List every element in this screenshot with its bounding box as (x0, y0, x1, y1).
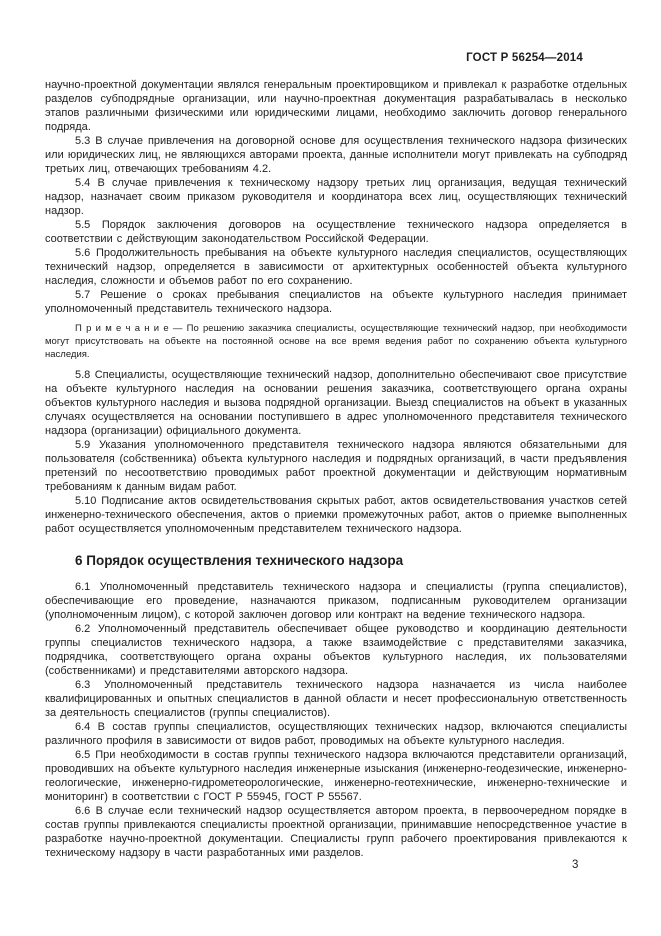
running-header-standard-ref: ГОСТ Р 56254—2014 (45, 52, 627, 64)
document-body: научно-проектной документации являлся ге… (45, 78, 627, 860)
clause-6-6: 6.6 В случае если технический надзор осу… (45, 804, 627, 860)
section-6-heading: 6 Порядок осуществления технического над… (45, 553, 627, 568)
clause-6-2: 6.2 Уполномоченный представитель обеспеч… (45, 622, 627, 678)
clause-5-4: 5.4 В случае привлечения к техническому … (45, 176, 627, 218)
clause-6-1: 6.1 Уполномоченный представитель техниче… (45, 580, 627, 622)
clause-6-4: 6.4 В состав группы специалистов, осущес… (45, 720, 627, 748)
page-number: 3 (572, 859, 578, 872)
clause-5-10: 5.10 Подписание актов освидетельствовани… (45, 494, 627, 536)
clause-5-6: 5.6 Продолжительность пребывания на объе… (45, 246, 627, 288)
clause-5-3: 5.3 В случае привлечения на договорной о… (45, 134, 627, 176)
clause-5-7: 5.7 Решение о сроках пребывания специали… (45, 288, 627, 316)
note-paragraph: П р и м е ч а н и е — По решению заказчи… (45, 322, 627, 361)
clause-5-8: 5.8 Специалисты, осуществляющие техничес… (45, 368, 627, 438)
paragraph-continuation: научно-проектной документации являлся ге… (45, 78, 627, 134)
clause-6-5: 6.5 При необходимости в состав группы те… (45, 748, 627, 804)
clause-5-5: 5.5 Порядок заключения договоров на осущ… (45, 218, 627, 246)
clause-6-3: 6.3 Уполномоченный представитель техниче… (45, 678, 627, 720)
clause-5-9: 5.9 Указания уполномоченного представите… (45, 438, 627, 494)
document-page: ГОСТ Р 56254—2014 научно-проектной докум… (0, 0, 661, 936)
